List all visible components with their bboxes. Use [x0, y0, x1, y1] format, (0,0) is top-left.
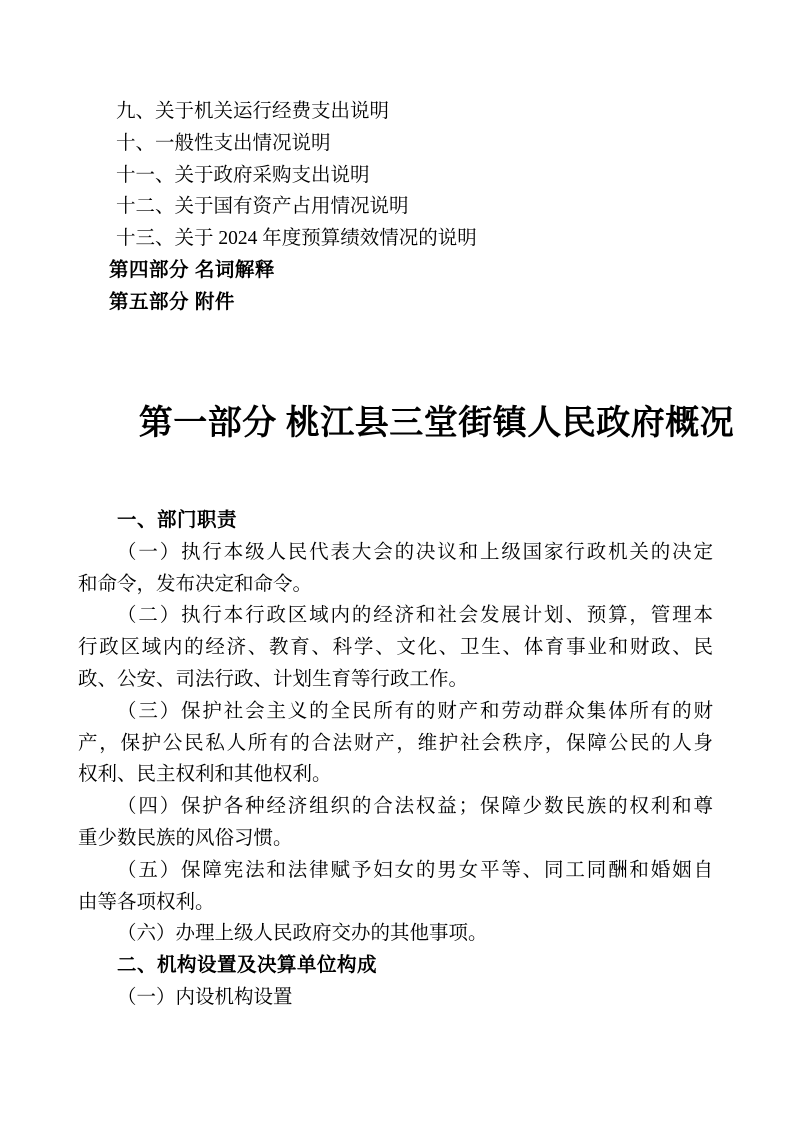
- body-paragraph-line: （六）办理上级人民政府交办的其他事项。: [78, 918, 713, 950]
- body-paragraph-line: 权利、民主权利和其他权利。: [78, 759, 713, 791]
- part-title: 第一部分 桃江县三堂街镇人民政府概况: [0, 400, 793, 448]
- toc-item: 十一、关于政府采购支出说明: [78, 160, 718, 192]
- toc-item: 十三、关于 2024 年度预算绩效情况的说明: [78, 223, 718, 255]
- toc-item: 第五部分 附件: [78, 287, 718, 319]
- toc-item: 九、关于机关运行经费支出说明: [78, 96, 718, 128]
- body-heading-line: 二、机构设置及决算单位构成: [78, 950, 713, 982]
- body-paragraph-line: （一）执行本级人民代表大会的决议和上级国家行政机关的决定: [78, 537, 713, 569]
- toc-item: 十二、关于国有资产占用情况说明: [78, 191, 718, 223]
- table-of-contents: 九、关于机关运行经费支出说明十、一般性支出情况说明十一、关于政府采购支出说明十二…: [78, 96, 718, 319]
- body-paragraph-line: （三）保护社会主义的全民所有的财产和劳动群众集体所有的财: [78, 696, 713, 728]
- body-paragraph-line: （一）内设机构设置: [78, 982, 713, 1014]
- body-paragraph-line: 重少数民族的风俗习惯。: [78, 823, 713, 855]
- body-heading-line: 一、部门职责: [78, 505, 713, 537]
- body-paragraph-line: 由等各项权利。: [78, 887, 713, 919]
- document-body: 一、部门职责（一）执行本级人民代表大会的决议和上级国家行政机关的决定和命令，发布…: [78, 505, 713, 1014]
- body-paragraph-line: 行政区域内的经济、教育、科学、文化、卫生、体育事业和财政、民: [78, 632, 713, 664]
- toc-item: 第四部分 名词解释: [78, 255, 718, 287]
- body-paragraph-line: 和命令，发布决定和命令。: [78, 569, 713, 601]
- body-paragraph-line: 产，保护公民私人所有的合法财产，维护社会秩序，保障公民的人身: [78, 728, 713, 760]
- body-paragraph-line: 政、公安、司法行政、计划生育等行政工作。: [78, 664, 713, 696]
- toc-item: 十、一般性支出情况说明: [78, 128, 718, 160]
- body-paragraph-line: （四）保护各种经济组织的合法权益；保障少数民族的权利和尊: [78, 791, 713, 823]
- document-page: 九、关于机关运行经费支出说明十、一般性支出情况说明十一、关于政府采购支出说明十二…: [0, 0, 793, 1122]
- body-paragraph-line: （二）执行本行政区域内的经济和社会发展计划、预算，管理本: [78, 600, 713, 632]
- body-paragraph-line: （五）保障宪法和法律赋予妇女的男女平等、同工同酬和婚姻自: [78, 855, 713, 887]
